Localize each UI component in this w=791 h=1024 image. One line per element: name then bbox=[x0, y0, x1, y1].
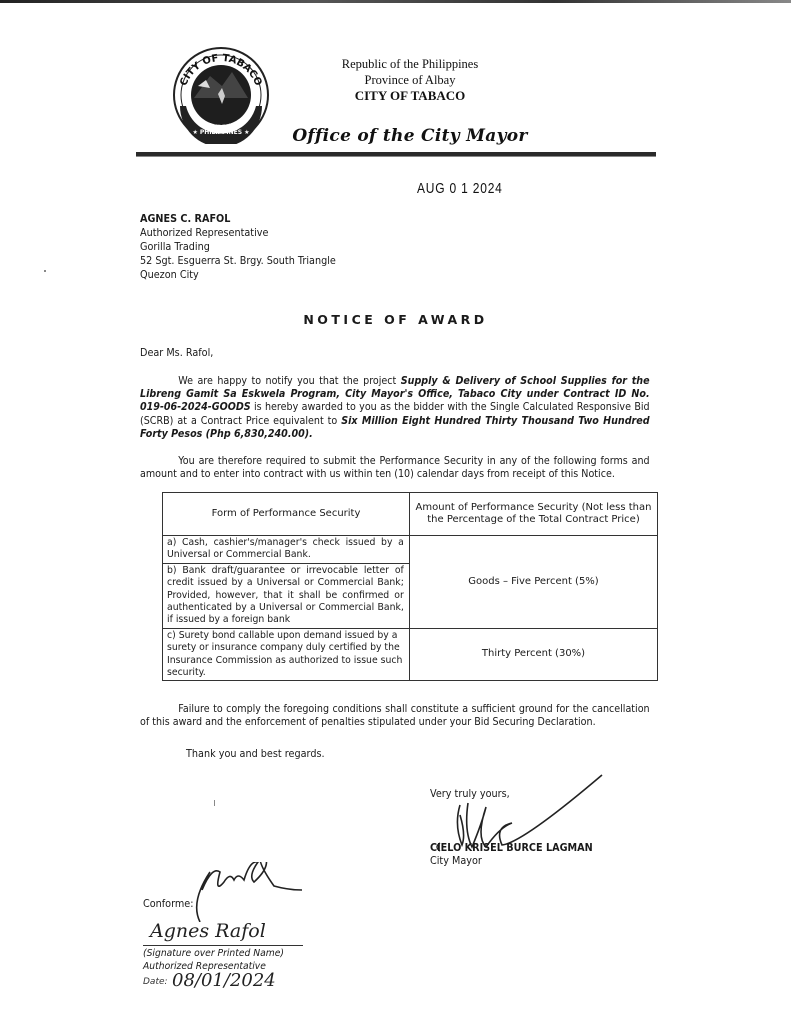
table-row: c) Surety bond callable upon demand issu… bbox=[163, 628, 658, 681]
addressee-block: AGNES C. RAFOL Authorized Representative… bbox=[140, 212, 336, 282]
signature-line bbox=[143, 945, 303, 946]
handwritten-date: 08/01/2024 bbox=[172, 970, 276, 991]
scan-speck bbox=[214, 800, 215, 806]
table-header-form: Form of Performance Security bbox=[163, 493, 410, 536]
table-cell-form: a) Cash, cashier's/manager's check issue… bbox=[163, 536, 410, 564]
addressee-street: 52 Sgt. Esguerra St. Brgy. South Triangl… bbox=[140, 254, 336, 268]
date-label: Date: bbox=[143, 977, 168, 987]
award-paragraph: We are happy to notify you that the proj… bbox=[140, 375, 650, 441]
table-header-row: Form of Performance Security Amount of P… bbox=[163, 493, 658, 536]
table-cell-amount: Thirty Percent (30%) bbox=[410, 628, 658, 681]
addressee-company: Gorilla Trading bbox=[140, 240, 336, 254]
conforme-signature-icon bbox=[180, 862, 310, 922]
table-cell-form: c) Surety bond callable upon demand issu… bbox=[163, 628, 410, 681]
addressee-position: Authorized Representative bbox=[140, 226, 336, 240]
signer-block: CIELO KRISEL BURCE LAGMAN City Mayor bbox=[430, 842, 593, 868]
city-line: CITY OF TABACO bbox=[300, 88, 520, 104]
table-cell-amount: Goods – Five Percent (5%) bbox=[410, 536, 658, 629]
republic-line: Republic of the Philippines bbox=[300, 56, 520, 72]
office-title: Office of the City Mayor bbox=[290, 126, 530, 146]
signer-name: CIELO KRISEL BURCE LAGMAN bbox=[430, 842, 593, 855]
city-seal-icon: CITY OF TABACO PHILIPPINES ★ PHILIPPINES… bbox=[170, 46, 272, 144]
addressee-name: AGNES C. RAFOL bbox=[140, 212, 336, 226]
printed-name: Agnes Rafol bbox=[150, 920, 266, 942]
date-stamp: AUG 0 1 2024 bbox=[417, 180, 503, 197]
scan-speck bbox=[44, 270, 46, 272]
failure-paragraph: Failure to comply the foregoing conditio… bbox=[140, 703, 650, 729]
table-header-amount: Amount of Performance Security (Not less… bbox=[410, 493, 658, 536]
table-cell-form: b) Bank draft/guarantee or irrevocable l… bbox=[163, 563, 410, 628]
performance-security-table: Form of Performance Security Amount of P… bbox=[162, 492, 658, 681]
addressee-city: Quezon City bbox=[140, 268, 336, 282]
signer-title: City Mayor bbox=[430, 855, 593, 868]
letterhead-text: Republic of the Philippines Province of … bbox=[300, 56, 520, 104]
document-title: NOTICE OF AWARD bbox=[0, 312, 791, 327]
header-rule bbox=[136, 152, 656, 157]
province-line: Province of Albay bbox=[300, 72, 520, 88]
salutation: Dear Ms. Rafol, bbox=[140, 347, 213, 359]
svg-text:★ PHILIPPINES ★: ★ PHILIPPINES ★ bbox=[192, 129, 249, 136]
scan-edge-line bbox=[0, 0, 791, 3]
table-row: a) Cash, cashier's/manager's check issue… bbox=[163, 536, 658, 564]
thanks-line: Thank you and best regards. bbox=[186, 748, 325, 760]
requirement-paragraph: You are therefore required to submit the… bbox=[140, 455, 650, 481]
